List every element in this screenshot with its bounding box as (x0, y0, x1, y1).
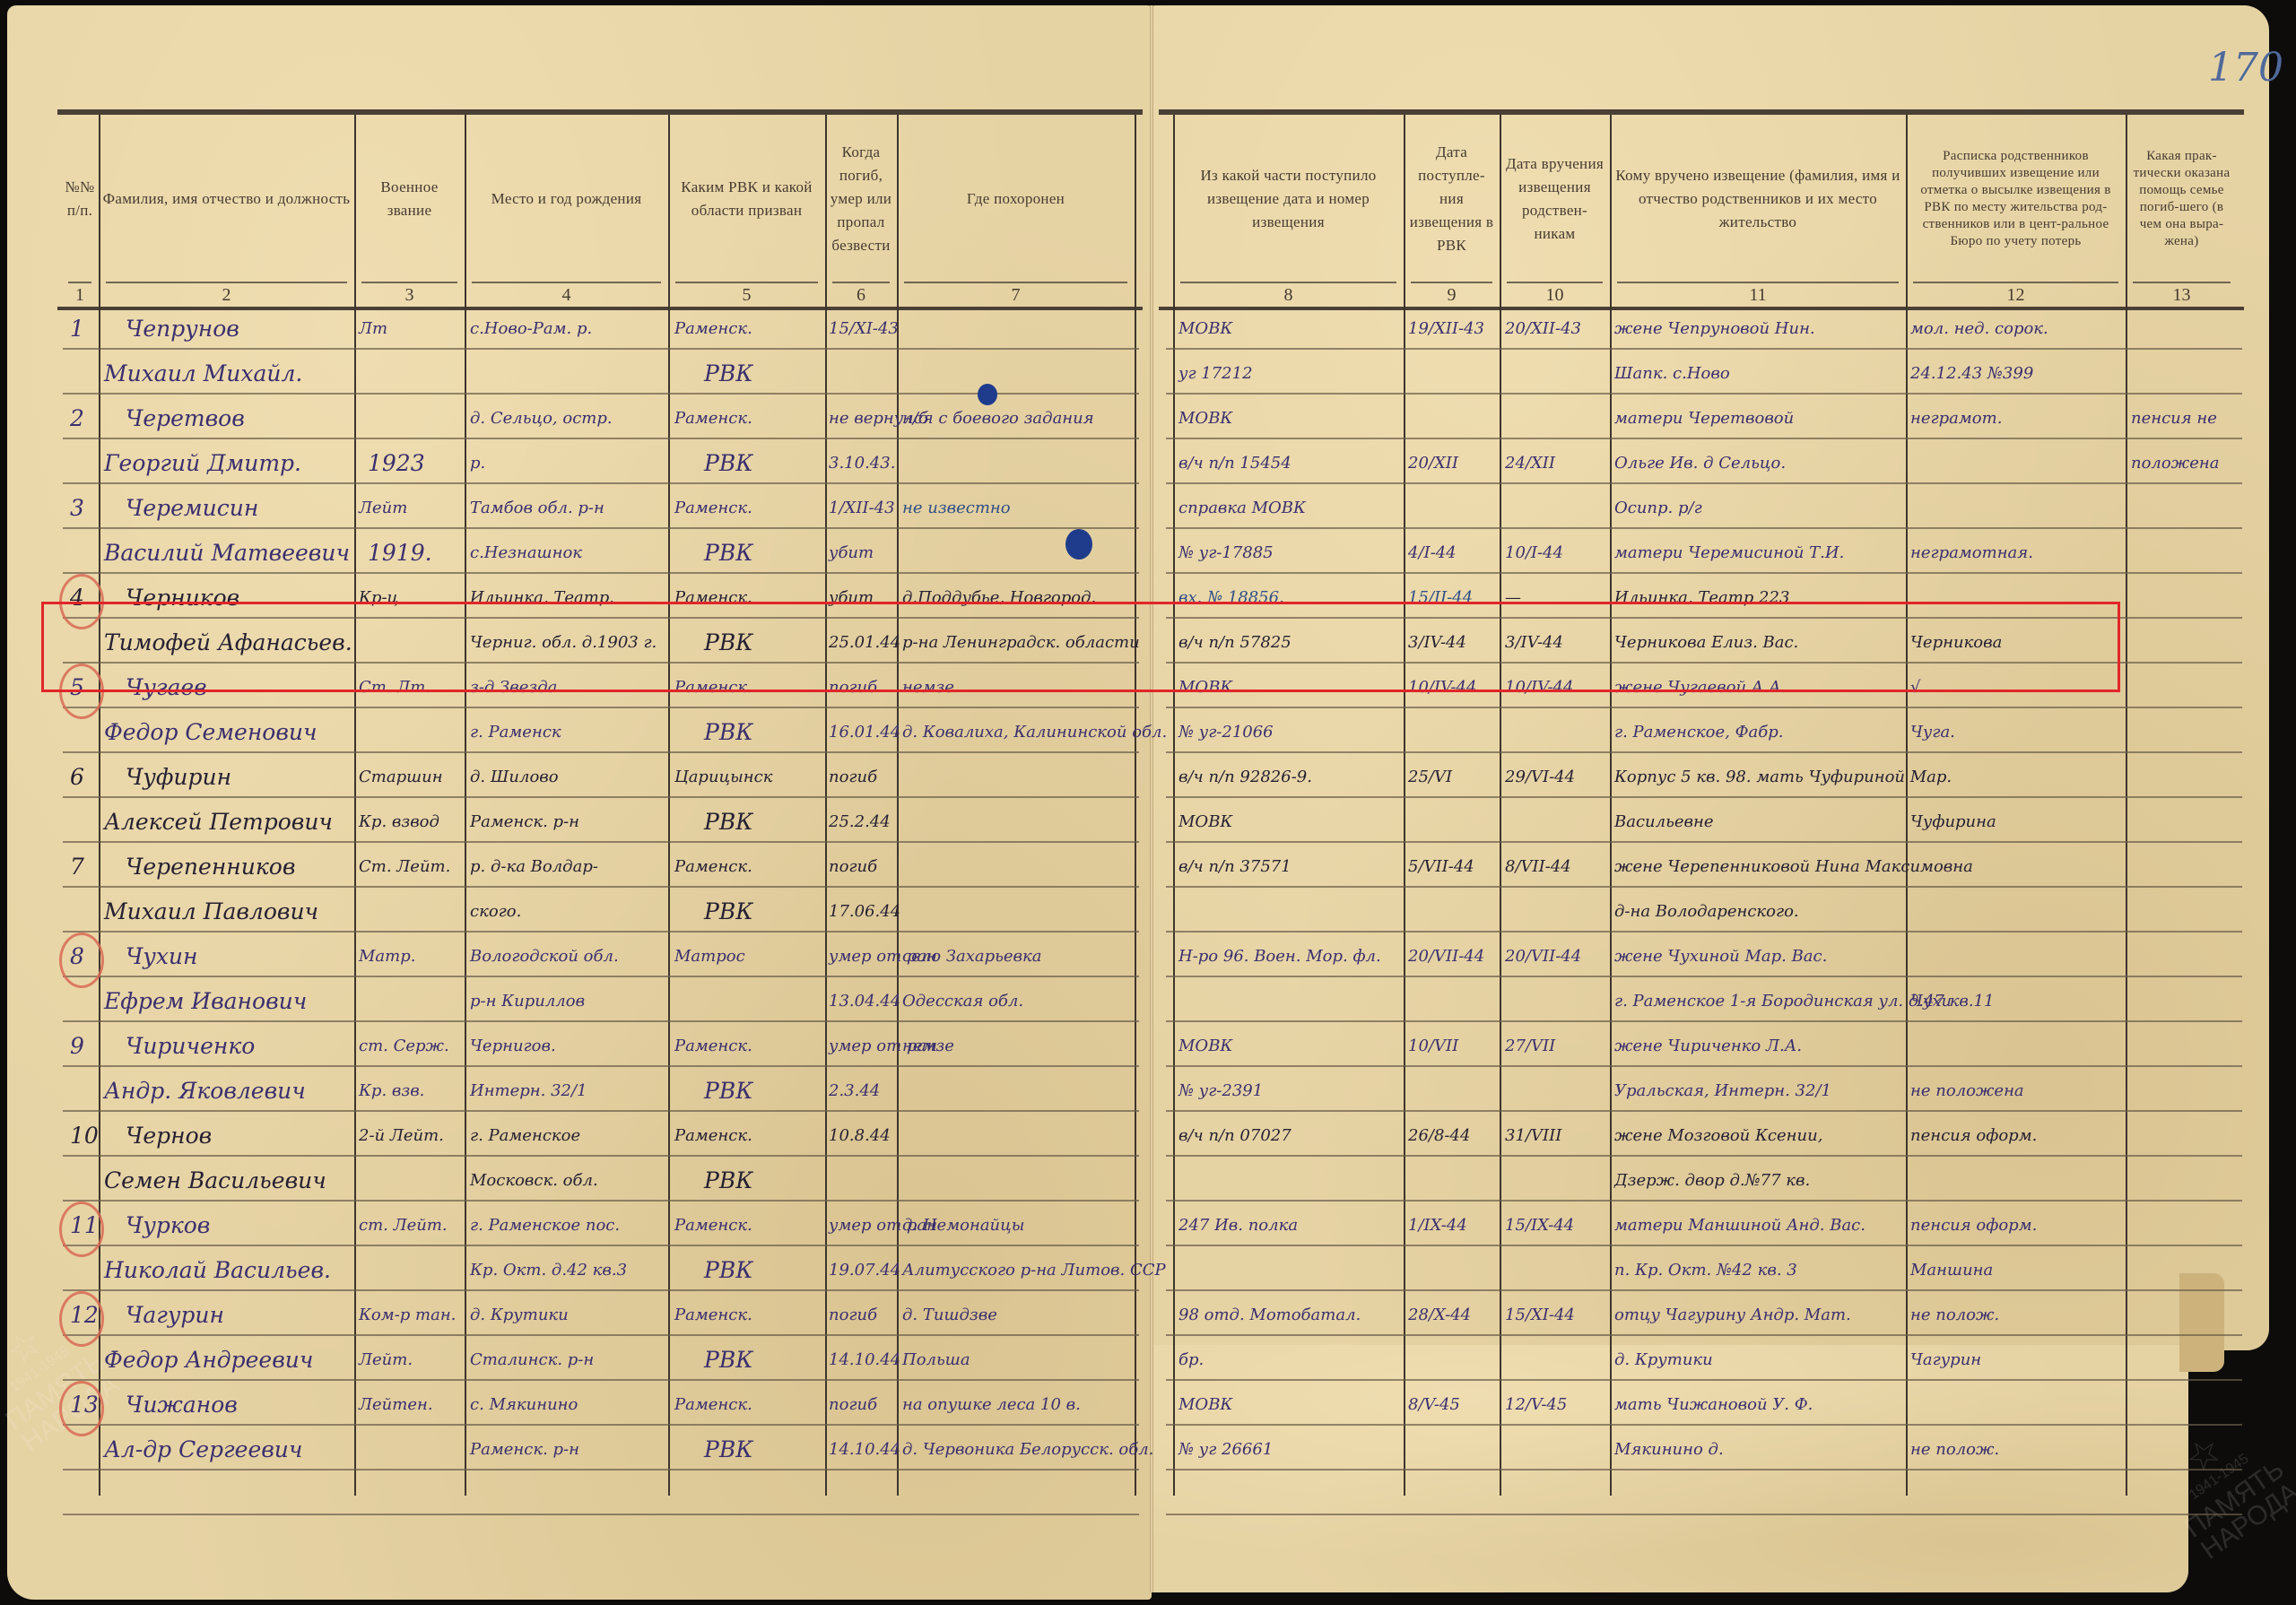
red-circle-mark (59, 1291, 104, 1347)
row-line (1166, 707, 2242, 708)
handwritten-cell: Семен Васильевич (104, 1167, 326, 1194)
row-line (63, 976, 1139, 977)
header-top-rule (1159, 109, 2244, 115)
row-line (1166, 751, 2242, 753)
row-line (1166, 393, 2242, 395)
red-circle-mark (59, 1381, 104, 1436)
row-line (63, 527, 1139, 529)
row-line (63, 572, 1139, 574)
handwritten-cell: н/б (902, 405, 928, 432)
column-divider (1610, 115, 1612, 1496)
handwritten-cell: п. Кр. Окт. №42 кв. 3 (1614, 1257, 1797, 1284)
handwritten-cell: д. Крутики (470, 1302, 569, 1329)
column-divider (1173, 115, 1175, 1496)
handwritten-cell: 247 Ив. полка (1178, 1212, 1298, 1239)
handwritten-cell: РВК (704, 540, 753, 567)
column-header-10: Дата вручения извещения родствен-никам (1503, 118, 1606, 280)
handwritten-cell: Осипр. р/г (1614, 495, 1702, 522)
row-line (63, 707, 1139, 708)
handwritten-cell: Черемисин (126, 495, 258, 522)
column-number-13: 13 (2126, 285, 2238, 306)
handwritten-cell: на опушке леса 10 в. (902, 1392, 1081, 1418)
handwritten-cell: Царицынск (674, 764, 772, 791)
handwritten-cell: Георгий Дмитр. (104, 450, 301, 477)
handwritten-cell: Михаил Павлович (104, 898, 318, 925)
handwritten-cell: Михаил Михайл. (104, 360, 302, 387)
handwritten-cell: Федор Семенович (104, 719, 317, 746)
handwritten-cell: 10 (70, 1123, 99, 1150)
row-line (63, 796, 1139, 798)
handwritten-cell: Раменск. (674, 316, 752, 343)
column-number-9: 9 (1404, 285, 1500, 306)
handwritten-cell: Вологодской обл. (470, 943, 619, 970)
handwritten-cell: Василий Матвеевич (104, 540, 350, 567)
handwritten-cell: Лейт (359, 495, 407, 522)
handwritten-cell: с. Мякинино (470, 1392, 578, 1418)
column-number-5: 5 (668, 285, 825, 306)
handwritten-cell: РВК (704, 360, 753, 387)
handwritten-cell: не полож. (1910, 1302, 1999, 1329)
handwritten-cell: 9 (70, 1033, 84, 1060)
header-top-rule (57, 109, 1143, 115)
handwritten-cell: 14.10.44 (829, 1436, 900, 1463)
handwritten-cell: 1923 (368, 450, 425, 477)
handwritten-cell: 20/VII-44 (1505, 943, 1581, 970)
handwritten-cell: Алитусского р-на Литов. ССР (902, 1257, 1166, 1284)
handwritten-cell: № уг-2391 (1178, 1078, 1263, 1105)
handwritten-cell: Николай Васильев. (104, 1257, 331, 1284)
handwritten-cell: Лейт. (359, 1347, 413, 1374)
handwritten-cell: с.Ново-Рам. р. (470, 316, 592, 343)
handwritten-cell: Чепрунов (126, 316, 239, 343)
handwritten-cell: пенсия не (2131, 405, 2217, 432)
handwritten-cell: справка МОВК (1178, 495, 1306, 522)
handwritten-cell: 14.10.44 (829, 1347, 900, 1374)
handwritten-cell: 1 (70, 316, 84, 343)
handwritten-cell: МОВК (1178, 1033, 1232, 1060)
header-bottom-rule (1159, 307, 2244, 310)
header-underline (1617, 282, 1899, 283)
handwritten-cell: 31/VIII (1505, 1123, 1561, 1150)
handwritten-cell: Уральская, Интерн. 32/1 (1614, 1078, 1831, 1105)
handwritten-cell: Ефрем Иванович (104, 988, 307, 1015)
handwritten-cell: матери Черетвовой (1614, 405, 1794, 432)
handwritten-cell: Ал-др Сергеевич (104, 1436, 302, 1463)
handwritten-cell: Тамбов обл. р-н (470, 495, 604, 522)
handwritten-cell: бр. (1178, 1347, 1204, 1374)
handwritten-cell: РВК (704, 1167, 753, 1194)
handwritten-cell: д. Тишдзве (902, 1302, 997, 1329)
handwritten-cell: РВК (704, 1347, 753, 1374)
handwritten-cell: мол. нед. сорок. (1910, 316, 2048, 343)
handwritten-cell: Чуфирина (1910, 809, 1996, 836)
row-line (1166, 527, 2242, 529)
handwritten-cell: погиб (829, 764, 877, 791)
column-header-9: Дата поступле-ния извещения в РВК (1407, 118, 1496, 280)
handwritten-cell: 15/IX-44 (1505, 1212, 1574, 1239)
row-line (1166, 931, 2242, 933)
handwritten-cell: Дзерж. двор д.№77 кв. (1614, 1167, 1810, 1194)
row-line (63, 1424, 1139, 1426)
row-line (63, 1020, 1139, 1022)
row-line (1166, 1379, 2242, 1381)
handwritten-cell: г. Раменское пос. (470, 1212, 620, 1239)
column-number-10: 10 (1500, 285, 1610, 306)
handwritten-cell: 8/VII-44 (1505, 854, 1571, 881)
handwritten-cell: Матрос (674, 943, 745, 970)
handwritten-cell: Интерн. 32/1 (470, 1078, 587, 1105)
column-divider (1906, 115, 1908, 1496)
torn-paper-tab (2179, 1273, 2224, 1372)
row-line (1166, 976, 2242, 977)
column-divider (465, 115, 466, 1496)
column-divider (1135, 115, 1136, 1496)
handwritten-cell: Матр. (359, 943, 415, 970)
ink-blot (1065, 529, 1092, 560)
handwritten-cell: жене Чепруновой Нин. (1614, 316, 1815, 343)
handwritten-cell: в/ч п/п 07027 (1178, 1123, 1291, 1150)
handwritten-cell: Ольге Ив. д Сельцо. (1614, 450, 1786, 477)
column-number-12: 12 (1906, 285, 2126, 306)
handwritten-cell: погиб (829, 1392, 877, 1418)
handwritten-cell: погиб (829, 1302, 877, 1329)
handwritten-cell: д. Крутики (1614, 1347, 1713, 1374)
handwritten-cell: 1/IX-44 (1408, 1212, 1467, 1239)
column-header-6: Когда погиб, умер или пропал безвести (829, 118, 893, 280)
row-line (63, 1289, 1139, 1291)
column-header-5: Каким РВК и какой области призван (672, 118, 822, 280)
handwritten-cell: 28/X-44 (1408, 1302, 1471, 1329)
row-line (63, 886, 1139, 888)
handwritten-cell: д-на Володаренского. (1614, 898, 1799, 925)
row-line (63, 1379, 1139, 1381)
header-underline (675, 282, 818, 283)
row-line (1166, 886, 2242, 888)
column-header-4: Место и год рождения (468, 118, 665, 280)
handwritten-cell: Раменск. (674, 854, 752, 881)
row-line (1166, 1334, 2242, 1336)
handwritten-cell: Чуфирин (126, 764, 231, 791)
handwritten-cell: 7 (70, 854, 84, 881)
handwritten-cell: не известно (902, 495, 1011, 522)
handwritten-cell: жене Мозговой Ксении, (1614, 1123, 1822, 1150)
handwritten-cell: Лт (359, 316, 387, 343)
handwritten-cell: пенсия оформ. (1910, 1212, 2037, 1239)
handwritten-cell: 29/VI-44 (1505, 764, 1575, 791)
handwritten-cell: РВК (704, 450, 753, 477)
handwritten-cell: 19.07.44 (829, 1257, 900, 1284)
handwritten-cell: Ст. Лейт. (359, 854, 450, 881)
handwritten-cell: убит (829, 540, 874, 567)
handwritten-cell: Чухин (126, 943, 198, 970)
row-line (63, 482, 1139, 484)
row-line (63, 1200, 1139, 1202)
handwritten-cell: Чуга. (1910, 719, 1955, 746)
row-line (63, 1245, 1139, 1246)
handwritten-cell: отцу Чагурину Андр. Мат. (1614, 1302, 1851, 1329)
handwritten-cell: 10/I-44 (1505, 540, 1563, 567)
handwritten-cell: в/ч п/п 92826-9. (1178, 764, 1312, 791)
column-number-6: 6 (825, 285, 897, 306)
handwritten-cell: Чухи (1910, 988, 1952, 1015)
column-divider (354, 115, 356, 1496)
row-line (1166, 1065, 2242, 1067)
highlighted-row-box (41, 602, 2120, 692)
row-line (1166, 1245, 2242, 1246)
row-line (1166, 572, 2242, 574)
header-underline (472, 282, 661, 283)
column-number-2: 2 (99, 285, 354, 306)
column-divider (825, 115, 827, 1496)
handwritten-cell: МОВК (1178, 316, 1232, 343)
handwritten-cell: немзе (902, 1033, 954, 1060)
red-circle-mark (59, 933, 104, 988)
row-line (1166, 1110, 2242, 1112)
handwritten-cell: уг 17212 (1178, 360, 1253, 387)
handwritten-cell: 6 (70, 764, 84, 791)
column-number-4: 4 (465, 285, 668, 306)
column-divider (1500, 115, 1501, 1496)
row-line (63, 1514, 1139, 1515)
handwritten-cell: Польша (902, 1347, 970, 1374)
header-underline (2133, 282, 2231, 283)
row-line (1166, 1020, 2242, 1022)
column-header-3: Военное звание (358, 118, 461, 280)
handwritten-cell: д. Немонайцы (902, 1212, 1024, 1239)
header-underline (1507, 282, 1603, 283)
handwritten-cell: жене Чухиной Мар. Вас. (1614, 943, 1827, 970)
row-line (63, 751, 1139, 753)
row-line (1166, 841, 2242, 843)
handwritten-cell: Московск. обл. (470, 1167, 598, 1194)
handwritten-cell: 2.3.44 (829, 1078, 880, 1105)
header-underline (361, 282, 457, 283)
handwritten-cell: 24/XII (1505, 450, 1555, 477)
handwritten-cell: р. (470, 450, 485, 477)
handwritten-cell: 27/VII (1505, 1033, 1555, 1060)
handwritten-cell: неграмот. (1910, 405, 2002, 432)
handwritten-cell: Лейтен. (359, 1392, 433, 1418)
row-line (63, 1065, 1139, 1067)
column-number-11: 11 (1610, 285, 1906, 306)
row-line (63, 1469, 1139, 1471)
handwritten-cell: Ком-р тан. (359, 1302, 456, 1329)
handwritten-cell: 8/V-45 (1408, 1392, 1460, 1418)
handwritten-cell: жене Чириченко Л.А. (1614, 1033, 1802, 1060)
handwritten-cell: Раменск. р-н (470, 809, 579, 836)
handwritten-cell: ст. Лейт. (359, 1212, 448, 1239)
handwritten-cell: не полож. (1910, 1436, 1999, 1463)
column-header-13: Какая прак-тически оказана помощь семье … (2129, 118, 2234, 280)
row-line (1166, 1424, 2242, 1426)
row-line (63, 1110, 1139, 1112)
handwritten-cell: 15/XI-43 (829, 316, 899, 343)
handwritten-cell: Чернов (126, 1123, 212, 1150)
handwritten-cell: г. Раменское (470, 1123, 580, 1150)
handwritten-cell: Шапк. с.Ново (1614, 360, 1730, 387)
row-line (1166, 1469, 2242, 1471)
handwritten-cell: д. Червоника Белорусск. обл. (902, 1436, 1153, 1463)
handwritten-cell: г. Раменск (470, 719, 561, 746)
handwritten-cell: Раменск. (674, 1033, 752, 1060)
row-line (63, 348, 1139, 350)
handwritten-cell: Чагурин (126, 1302, 224, 1329)
handwritten-cell: Раменск. (674, 405, 752, 432)
handwritten-cell: д. Шилово (470, 764, 559, 791)
page-fold (1150, 5, 1153, 1592)
handwritten-cell: р-н Кириллов (470, 988, 585, 1015)
handwritten-cell: № уг-17885 (1178, 540, 1274, 567)
column-header-8: Из какой части поступило извещение дата … (1177, 118, 1400, 280)
handwritten-cell: РВК (704, 809, 753, 836)
handwritten-cell: 2 (70, 405, 84, 432)
handwritten-cell: ст. Серж. (359, 1033, 449, 1060)
header-underline (1411, 282, 1492, 283)
column-divider (99, 115, 100, 1496)
handwritten-cell: д. Сельцо, остр. (470, 405, 613, 432)
handwritten-cell: не вернулся с боевого задания (829, 405, 1094, 432)
handwritten-cell: № уг 26661 (1178, 1436, 1273, 1463)
handwritten-cell: 24.12.43 №399 (1910, 360, 2033, 387)
row-line (1166, 482, 2242, 484)
header-underline (1913, 282, 2118, 283)
handwritten-cell: р. д-ка Волдар- (470, 854, 598, 881)
row-line (63, 1155, 1139, 1157)
handwritten-cell: 4/I-44 (1408, 540, 1457, 567)
handwritten-cell: Андр. Яковлевич (104, 1078, 306, 1105)
ink-blot (978, 384, 997, 405)
handwritten-cell: 1919. (368, 540, 432, 567)
handwritten-cell: неграмотная. (1910, 540, 2033, 567)
handwritten-cell: 13.04.44 (829, 988, 900, 1015)
row-line (1166, 796, 2242, 798)
row-line (1166, 1155, 2242, 1157)
handwritten-cell: Чагурин (1910, 1347, 1981, 1374)
column-divider (1404, 115, 1405, 1496)
handwritten-cell: село Захарьевка (902, 943, 1042, 970)
handwritten-cell: 15/XI-44 (1505, 1302, 1575, 1329)
header-underline (904, 282, 1127, 283)
handwritten-cell: 25/VI (1408, 764, 1452, 791)
handwritten-cell: Корпус 5 кв. 98. мать Чуфириной Мар. (1614, 764, 1952, 791)
handwritten-cell: жене Черепенниковой Нина Максимовна (1614, 854, 1973, 881)
handwritten-cell: РВК (704, 719, 753, 746)
handwritten-cell: Раменск. р-н (470, 1436, 579, 1463)
handwritten-cell: РВК (704, 898, 753, 925)
handwritten-cell: Чурков (126, 1212, 210, 1239)
row-line (1166, 1289, 2242, 1291)
handwritten-cell: 16.01.44 (829, 719, 900, 746)
handwritten-cell: 19/XII-43 (1408, 316, 1484, 343)
handwritten-cell: 10/VII (1408, 1033, 1458, 1060)
column-header-12: Расписка родственников получивших извеще… (1909, 118, 2122, 280)
handwritten-cell: Одесская обл. (902, 988, 1023, 1015)
handwritten-cell: Черепенников (126, 854, 295, 881)
red-circle-mark (59, 1202, 104, 1257)
row-line (1166, 348, 2242, 350)
column-divider (668, 115, 670, 1496)
column-divider (2126, 115, 2127, 1496)
row-line (63, 1334, 1139, 1336)
column-header-1: №№ п/п. (65, 118, 95, 280)
handwritten-cell: Раменск. (674, 1392, 752, 1418)
handwritten-cell: 12/V-45 (1505, 1392, 1567, 1418)
handwritten-cell: г. Раменское, Фабр. (1614, 719, 1783, 746)
handwritten-cell: пенсия оформ. (1910, 1123, 2037, 1150)
handwritten-cell: не положена (1910, 1078, 2024, 1105)
handwritten-cell: 20/XII-43 (1505, 316, 1581, 343)
column-number-3: 3 (354, 285, 465, 306)
handwritten-cell: матери Маншиной Анд. Вас. (1614, 1212, 1865, 1239)
handwritten-cell: Васильевне (1614, 809, 1714, 836)
row-line (63, 841, 1139, 843)
column-number-8: 8 (1173, 285, 1404, 306)
row-line (1166, 1200, 2242, 1202)
column-header-7: Где похоронен (900, 118, 1131, 280)
row-line (63, 931, 1139, 933)
handwritten-cell: 3 (70, 495, 84, 522)
handwritten-cell: Кр. Окт. д.42 кв.3 (470, 1257, 627, 1284)
column-number-1: 1 (61, 285, 99, 306)
header-underline (68, 282, 91, 283)
handwritten-cell: Сталинск. р-н (470, 1347, 594, 1374)
handwritten-cell: в/ч п/п 37571 (1178, 854, 1291, 881)
row-line (63, 438, 1139, 439)
handwritten-cell: ского. (470, 898, 521, 925)
handwritten-cell: МОВК (1178, 405, 1232, 432)
handwritten-cell: Чириченко (126, 1033, 255, 1060)
handwritten-cell: Чижанов (126, 1392, 238, 1418)
handwritten-cell: МОВК (1178, 809, 1232, 836)
handwritten-cell: Кр. взв. (359, 1078, 424, 1105)
handwritten-cell: Алексей Петрович (104, 809, 333, 836)
page-number: 170 (2208, 45, 2283, 91)
handwritten-cell: Раменск. (674, 495, 752, 522)
handwritten-cell: МОВК (1178, 1392, 1232, 1418)
handwritten-cell: Кр. взвод (359, 809, 439, 836)
handwritten-cell: Раменск. (674, 1302, 752, 1329)
handwritten-cell: 20/XII (1408, 450, 1458, 477)
handwritten-cell: № уг-21066 (1178, 719, 1274, 746)
handwritten-cell: матери Черемисиной Т.И. (1614, 540, 1844, 567)
row-line (1166, 438, 2242, 439)
column-number-7: 7 (897, 285, 1135, 306)
handwritten-cell: 10.8.44 (829, 1123, 891, 1150)
handwritten-cell: д. Ковалиха, Калининской обл. (902, 719, 1167, 746)
handwritten-cell: 3.10.43. (829, 450, 895, 477)
handwritten-cell: Раменск. (674, 1123, 752, 1150)
handwritten-cell: 26/8-44 (1408, 1123, 1470, 1150)
handwritten-cell: 98 отд. Мотобатал. (1178, 1302, 1361, 1329)
handwritten-cell: положена (2131, 450, 2219, 477)
handwritten-cell: мать Чижановой У. Ф. (1614, 1392, 1813, 1418)
handwritten-cell: в/ч п/п 15454 (1178, 450, 1291, 477)
handwritten-cell: Маншина (1910, 1257, 1993, 1284)
handwritten-cell: 20/VII-44 (1408, 943, 1484, 970)
handwritten-cell: Раменск. (674, 1212, 752, 1239)
row-line (1166, 1514, 2242, 1515)
handwritten-cell: Н-ро 96. Воен. Мор. фл. (1178, 943, 1381, 970)
handwritten-cell: Старшин (359, 764, 443, 791)
column-header-2: Фамилия, имя отчество и должность (102, 118, 351, 280)
handwritten-cell: Черетвов (126, 405, 245, 432)
handwritten-cell: РВК (704, 1436, 753, 1463)
handwritten-cell: Федор Андреевич (104, 1347, 313, 1374)
column-header-11: Кому вручено извещение (фамилия, имя и о… (1613, 118, 1902, 280)
handwritten-cell: 17.06.44 (829, 898, 900, 925)
header-underline (106, 282, 347, 283)
header-underline (1180, 282, 1396, 283)
